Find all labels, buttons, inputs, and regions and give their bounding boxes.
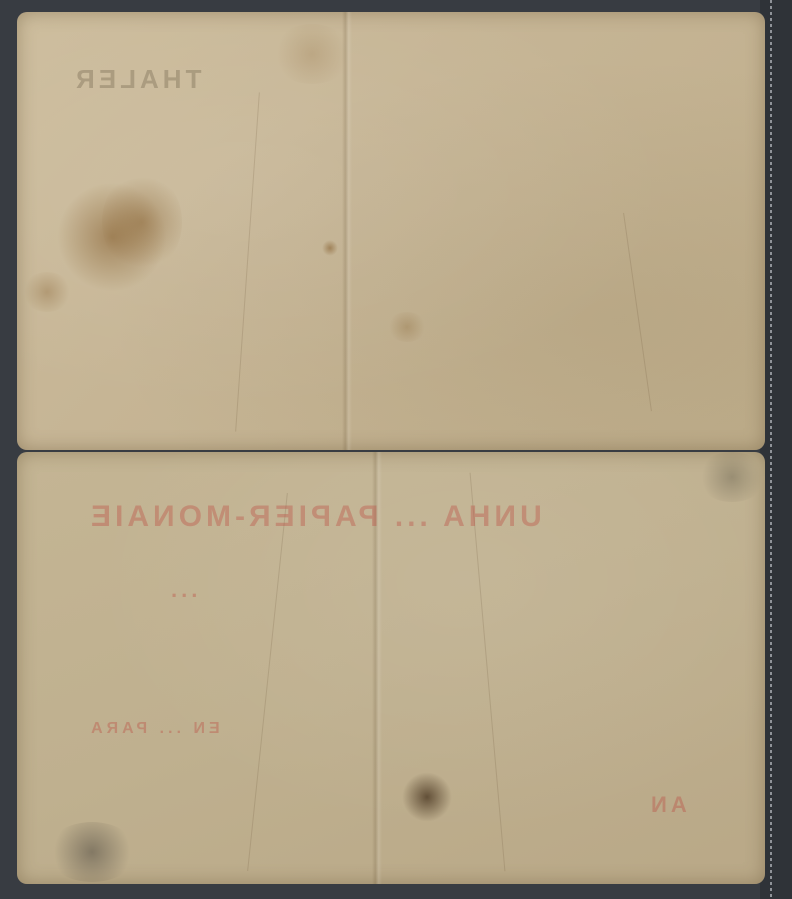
show-through-text: THALER: [72, 64, 201, 95]
crease: [235, 92, 260, 431]
stain: [22, 272, 72, 312]
stain: [272, 24, 352, 84]
show-through-text: ...: [167, 577, 197, 603]
stain: [697, 452, 765, 502]
crease: [623, 213, 652, 411]
note-bottom-half: UNHA ... PAPIER-MONAIE ... EN ... PARA A…: [17, 452, 765, 884]
vertical-fold: [342, 12, 352, 450]
stain: [47, 822, 137, 882]
show-through-text: AN: [647, 792, 687, 818]
stain: [322, 240, 338, 256]
show-through-text: EN ... PARA: [87, 720, 220, 738]
scanner-dashed-line: [770, 0, 772, 899]
stain: [402, 772, 452, 822]
stain: [387, 312, 427, 342]
stain: [102, 172, 182, 272]
note-top-half: THALER: [17, 12, 765, 450]
show-through-text: UNHA ... PAPIER-MONAIE: [87, 500, 542, 534]
crease: [247, 493, 288, 871]
